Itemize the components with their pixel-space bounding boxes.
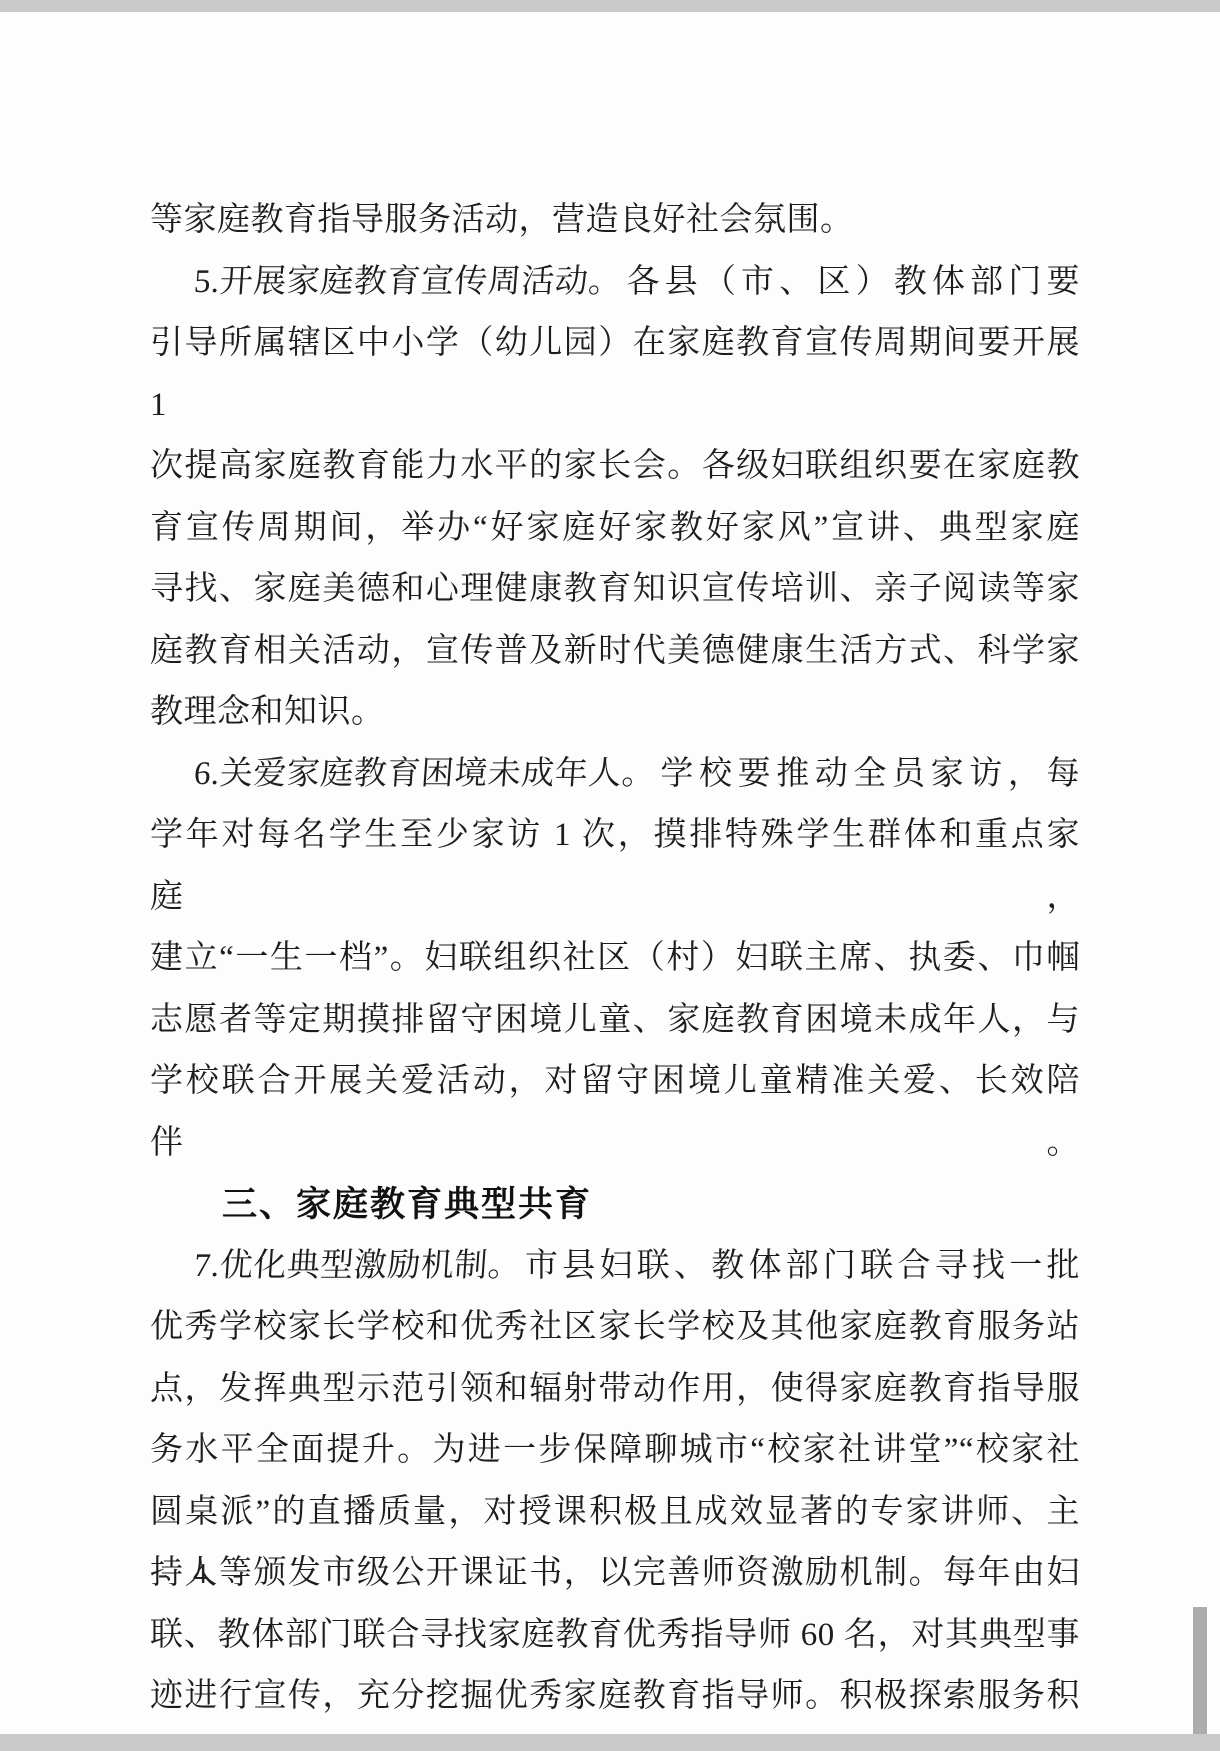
line-text: 各县（市、区）教体部门要 <box>622 264 1080 300</box>
line-text: 教理念和知识。 <box>150 694 385 730</box>
text-line: 寻找、家庭美德和心理健康教育知识宣传培训、亲子阅读等家 <box>150 559 1080 621</box>
line-text: 圆桌派”的直播质量，对授课积极且成效显著的专家讲师、主 <box>150 1494 1080 1530</box>
text-line: 学年对每名学生至少家访 1 次，摸排特殊学生群体和重点家庭， <box>150 805 1080 928</box>
scanned-document-page: 等家庭教育指导服务活动，营造良好社会氛围。5.开展家庭教育宣传周活动。各县（市、… <box>0 0 1220 1751</box>
line-text: 建立“一生一档”。妇联组织社区（村）妇联主席、执委、巾帼 <box>150 940 1080 976</box>
text-line: 育宣传周期间，举办“好家庭好家教好家风”宣讲、典型家庭 <box>150 498 1080 560</box>
line-text: 学校联合开展关爱活动，对留守困境儿童精准关爱、长效陪伴。 <box>150 1063 1080 1161</box>
section-heading: 三、家庭教育典型共育 <box>150 1174 1080 1236</box>
text-line: 教理念和知识。 <box>150 682 1080 744</box>
line-text: 市县妇联、教体部门联合寻找一批 <box>521 1248 1080 1284</box>
text-line: 次提高家庭教育能力水平的家长会。各级妇联组织要在家庭教 <box>150 436 1080 498</box>
line-text: 等家庭教育指导服务活动，营造良好社会氛围。 <box>150 202 854 238</box>
line-text: 次提高家庭教育能力水平的家长会。各级妇联组织要在家庭教 <box>150 448 1080 484</box>
text-line: 迹进行宣传，充分挖掘优秀家庭教育指导师。积极探索服务积 <box>150 1666 1080 1728</box>
line-text: 学校要推动全员家访，每 <box>655 756 1080 792</box>
text-line: 引导所属辖区中小学（幼儿园）在家庭教育宣传周期间要开展 1 <box>150 313 1080 436</box>
line-text: 迹进行宣传，充分挖掘优秀家庭教育指导师。积极探索服务积 <box>150 1678 1080 1714</box>
clause-title: 7.优化典型激励机制。 <box>192 1236 524 1298</box>
line-text: 持人等颁发市级公开课证书，以完善师资激励机制。每年由妇 <box>150 1555 1080 1591</box>
text-line: 点，发挥典型示范引领和辐射带动作用，使得家庭教育指导服 <box>150 1359 1080 1421</box>
photo-edge-top <box>0 0 1220 12</box>
clause-title: 6.关爱家庭教育困境未成年人。 <box>192 744 658 806</box>
clause-title: 5.开展家庭教育宣传周活动。 <box>192 252 624 314</box>
line-text: 点，发挥典型示范引领和辐射带动作用，使得家庭教育指导服 <box>150 1371 1080 1407</box>
page-number: - 4 - <box>158 1558 251 1591</box>
line-text: 庭教育相关活动，宣传普及新时代美德健康生活方式、科学家 <box>150 633 1080 669</box>
line-text: 学年对每名学生至少家访 1 次，摸排特殊学生群体和重点家庭， <box>150 817 1080 915</box>
text-line: 优秀学校家长学校和优秀社区家长学校及其他家庭教育服务站 <box>150 1297 1080 1359</box>
text-line: 联、教体部门联合寻找家庭教育优秀指导师 60 名，对其典型事 <box>150 1605 1080 1667</box>
line-text: 优秀学校家长学校和优秀社区家长学校及其他家庭教育服务站 <box>150 1309 1080 1345</box>
text-line: 务水平全面提升。为进一步保障聊城市“校家社讲堂”“校家社 <box>150 1420 1080 1482</box>
text-line: 6.关爱家庭教育困境未成年人。学校要推动全员家访，每 <box>150 744 1080 806</box>
line-text: 育宣传周期间，举办“好家庭好家教好家风”宣讲、典型家庭 <box>150 510 1080 546</box>
text-line: 学校联合开展关爱活动，对留守困境儿童精准关爱、长效陪伴。 <box>150 1051 1080 1174</box>
text-line: 建立“一生一档”。妇联组织社区（村）妇联主席、执委、巾帼 <box>150 928 1080 990</box>
line-text: 三、家庭教育典型共育 <box>222 1185 592 1224</box>
line-text: 务水平全面提升。为进一步保障聊城市“校家社讲堂”“校家社 <box>150 1432 1080 1468</box>
text-line: 5.开展家庭教育宣传周活动。各县（市、区）教体部门要 <box>150 252 1080 314</box>
photo-edge-bottom <box>0 1734 1220 1751</box>
line-text: 联、教体部门联合寻找家庭教育优秀指导师 60 名，对其典型事 <box>150 1617 1080 1653</box>
text-line: 7.优化典型激励机制。市县妇联、教体部门联合寻找一批 <box>150 1236 1080 1298</box>
text-line: 庭教育相关活动，宣传普及新时代美德健康生活方式、科学家 <box>150 621 1080 683</box>
text-line: 志愿者等定期摸排留守困境儿童、家庭教育困境未成年人，与 <box>150 990 1080 1052</box>
line-text: 志愿者等定期摸排留守困境儿童、家庭教育困境未成年人，与 <box>150 1002 1080 1038</box>
text-line: 持人等颁发市级公开课证书，以完善师资激励机制。每年由妇 <box>150 1543 1080 1605</box>
line-text: 寻找、家庭美德和心理健康教育知识宣传培训、亲子阅读等家 <box>150 571 1080 607</box>
text-line: 圆桌派”的直播质量，对授课积极且成效显著的专家讲师、主 <box>150 1482 1080 1544</box>
text-line: 等家庭教育指导服务活动，营造良好社会氛围。 <box>150 190 1080 252</box>
document-body: 等家庭教育指导服务活动，营造良好社会氛围。5.开展家庭教育宣传周活动。各县（市、… <box>150 190 1080 1728</box>
line-text: 引导所属辖区中小学（幼儿园）在家庭教育宣传周期间要开展 1 <box>150 325 1080 423</box>
photo-edge-right-bar <box>1193 1607 1207 1751</box>
